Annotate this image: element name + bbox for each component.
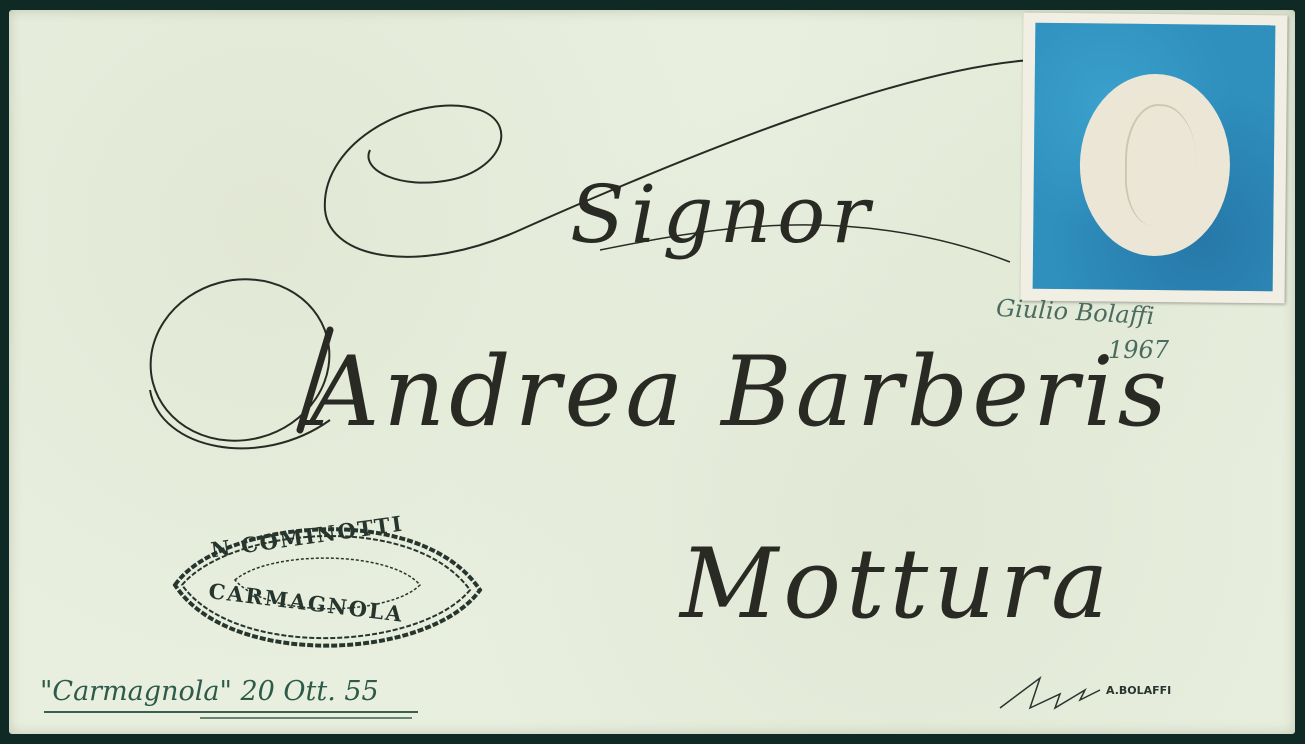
expert-year-note: 1967: [1108, 336, 1169, 364]
stamp-blue-field: [1033, 23, 1276, 291]
expert-handstamp: A.BOLAFFI: [1106, 684, 1171, 697]
address-title: Signor: [570, 168, 876, 261]
pencil-date-note: "Carmagnola" 20 Ott. 55: [40, 676, 379, 707]
profile-head-icon: [1124, 104, 1197, 227]
postage-stamp: Blue stamp with embossed profile head in…: [1020, 13, 1287, 304]
address-name: Andrea Barberis: [310, 336, 1171, 448]
stamp-embossed-oval: [1079, 73, 1231, 257]
address-place: Mottura: [680, 528, 1113, 640]
